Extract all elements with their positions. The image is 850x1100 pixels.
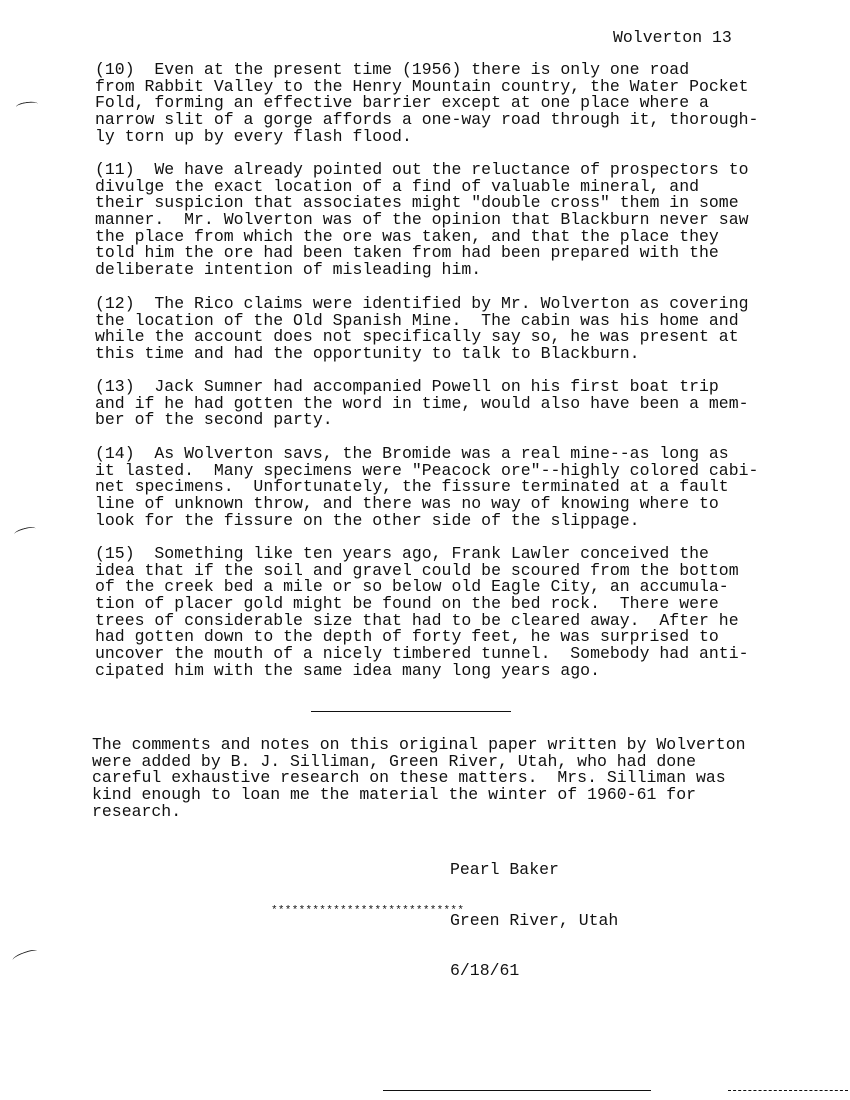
bottom-scan-rule — [383, 1090, 651, 1091]
signature-block: Pearl Baker Green River, Utah 6/18/61 — [450, 829, 618, 996]
scan-artifact-mark — [13, 525, 36, 537]
text-line: ly torn up by every flash flood. — [95, 129, 758, 146]
text-line: deliberate intention of misleading him. — [95, 262, 749, 279]
text-line: ber of the second party. — [95, 412, 749, 429]
note-12: (12) The Rico claims were identified by … — [95, 296, 749, 363]
section-separator-rule — [311, 711, 511, 712]
note-13: (13) Jack Sumner had accompanied Powell … — [95, 379, 749, 429]
end-marker-asterisks: **************************** — [271, 903, 464, 920]
signature-name: Pearl Baker — [450, 862, 618, 879]
signature-date: 6/18/61 — [450, 963, 618, 980]
scan-artifact-mark — [16, 101, 39, 111]
note-15: (15) Something like ten years ago, Frank… — [95, 546, 749, 680]
closing-note: The comments and notes on this original … — [92, 737, 746, 820]
note-10: (10) Even at the present time (1956) the… — [95, 62, 758, 145]
text-line: research. — [92, 804, 746, 821]
note-11: (11) We have already pointed out the rel… — [95, 162, 749, 279]
text-line: kind enough to loan me the material the … — [92, 787, 746, 804]
bottom-scan-rule — [728, 1090, 848, 1091]
note-14: (14) As Wolverton savs, the Bromide was … — [95, 446, 758, 529]
scan-artifact-mark — [12, 948, 39, 963]
text-line: cipated him with the same idea many long… — [95, 663, 749, 680]
running-head: Wolverton 13 — [613, 30, 732, 47]
signature-location: Green River, Utah — [450, 913, 618, 930]
text-line: this time and had the opportunity to tal… — [95, 346, 749, 363]
text-line: look for the fissure on the other side o… — [95, 513, 758, 530]
